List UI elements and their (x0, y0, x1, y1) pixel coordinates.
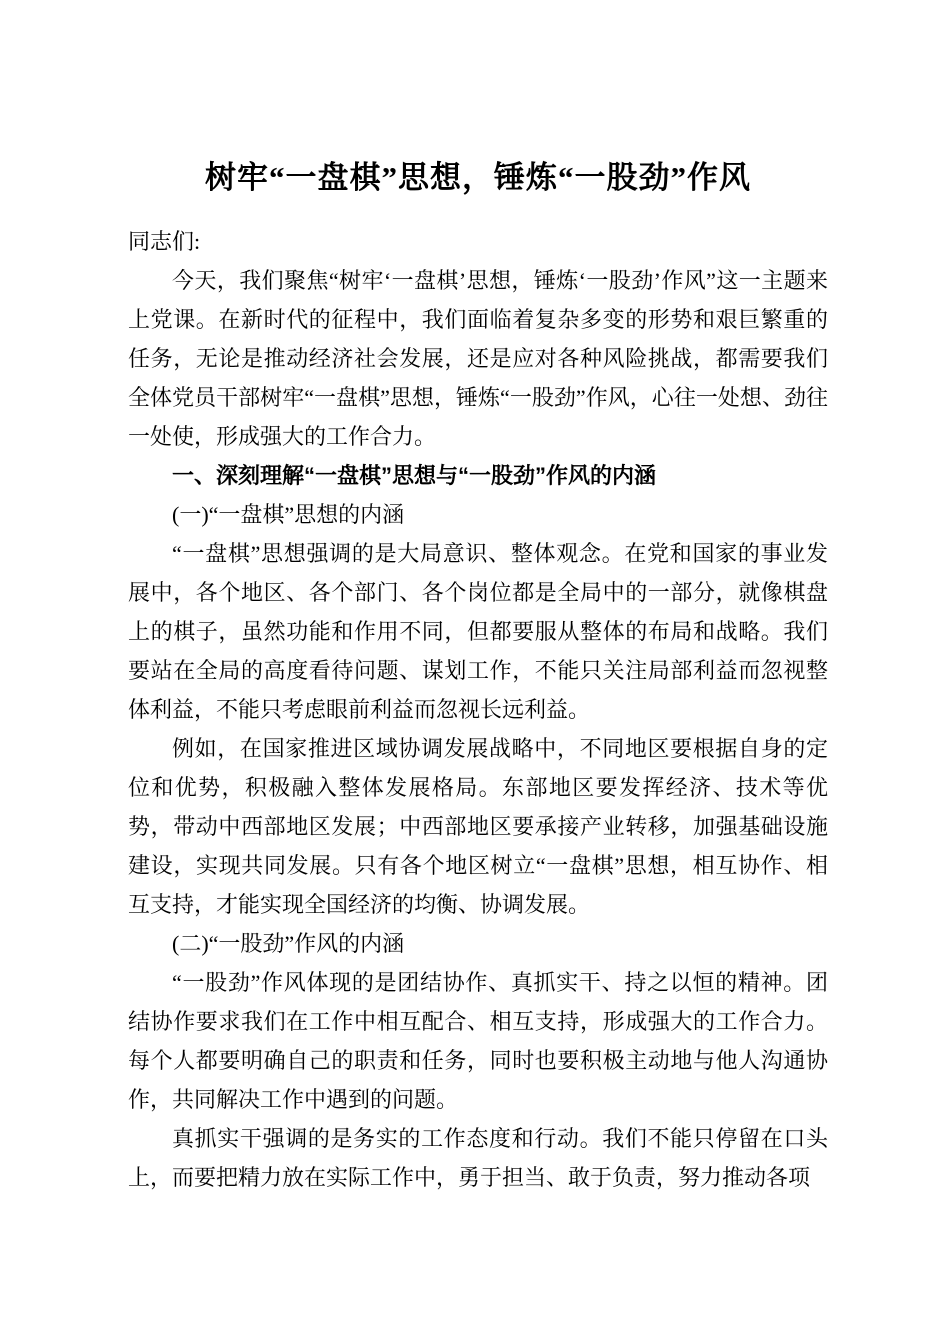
subsection-heading-1-1: (一)“一盘棋”思想的内涵 (128, 495, 828, 534)
document-page: 树牢“一盘棋”思想，锤炼“一股劲”作风 同志们: 今天，我们聚焦“树牢‘一盘棋’… (0, 0, 950, 1344)
paragraph-intro: 今天，我们聚焦“树牢‘一盘棋’思想，锤炼‘一股劲’作风”这一主题来上党课。在新时… (128, 261, 828, 456)
section-heading-1: 一、深刻理解“一盘棋”思想与“一股劲”作风的内涵 (128, 456, 828, 495)
document-title: 树牢“一盘棋”思想，锤炼“一股劲”作风 (128, 154, 828, 202)
salutation: 同志们: (128, 222, 828, 261)
paragraph-pragmatic-work: 真抓实干强调的是务实的工作态度和行动。我们不能只停留在口头上，而要把精力放在实际… (128, 1119, 828, 1197)
paragraph-chess-concept: “一盘棋”思想强调的是大局意识、整体观念。在党和国家的事业发展中，各个地区、各个… (128, 534, 828, 729)
paragraph-effort-concept: “一股劲”作风体现的是团结协作、真抓实干、持之以恒的精神。团结协作要求我们在工作… (128, 963, 828, 1119)
document-body: 同志们: 今天，我们聚焦“树牢‘一盘棋’思想，锤炼‘一股劲’作风”这一主题来上党… (128, 222, 828, 1197)
subsection-heading-1-2: (二)“一股劲”作风的内涵 (128, 924, 828, 963)
paragraph-region-example: 例如，在国家推进区域协调发展战略中，不同地区要根据自身的定位和优势，积极融入整体… (128, 729, 828, 924)
